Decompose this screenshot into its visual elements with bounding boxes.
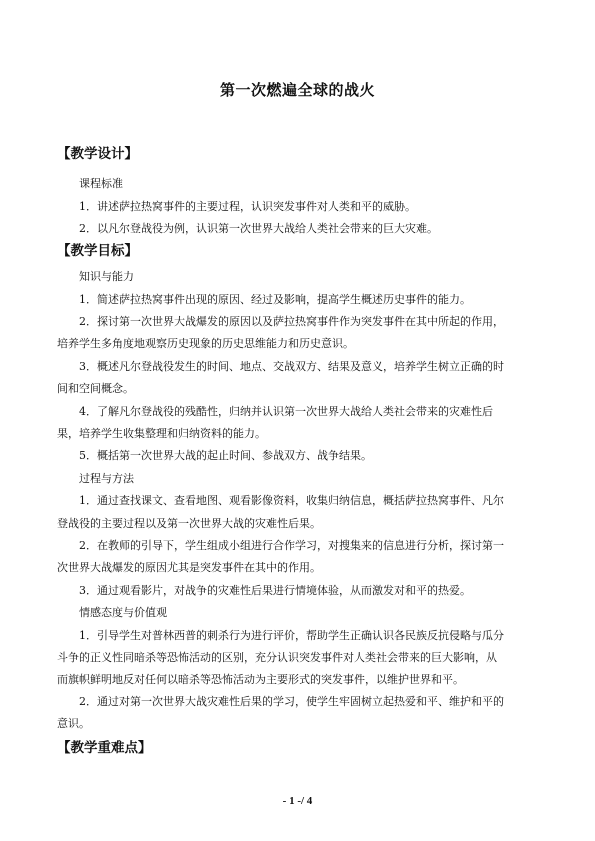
paragraph-line: 1．通过查找课文、查看地图、观看影像资料，收集归纳信息，概括萨拉热窝事件、凡尔	[79, 493, 539, 509]
paragraph-line: 1．讲述萨拉热窝事件的主要过程，认识突发事件对人类和平的威胁。	[79, 199, 539, 215]
section-heading-key-difficult-points: 【教学重难点】	[57, 739, 152, 757]
paragraph-line: 3．通过观看影片，对战争的灾难性后果进行情境体验，从而激发对和平的热爱。	[79, 583, 539, 599]
section-heading-teaching-design: 【教学设计】	[57, 145, 138, 163]
subsection-label-process-method: 过程与方法	[79, 471, 539, 487]
subsection-label-curriculum-standard: 课程标准	[79, 176, 539, 192]
paragraph-line: 2．通过对第一次世界大战灾难性后果的学习，使学生牢固树立起热爱和平、维护和平的	[79, 694, 539, 710]
paragraph-line: 次世界大战爆发的原因尤其是突发事件在其中的作用。	[57, 560, 517, 576]
paragraph-line: 3．概述凡尔登战役发生的时间、地点、交战双方、结果及意义，培养学生树立正确的时	[79, 359, 539, 375]
paragraph-line: 4．了解凡尔登战役的残酷性，归纳并认识第一次世界大战给人类社会带来的灾难性后	[79, 404, 539, 420]
subsection-label-emotion-values: 情感态度与价值观	[79, 605, 539, 621]
paragraph-line: 5．概括第一次世界大战的起止时间、参战双方、战争结果。	[79, 448, 539, 464]
paragraph-line: 斗争的正义性同暗杀等恐怖活动的区别，充分认识突发事件对人类社会带来的巨大影响，从	[57, 650, 517, 666]
paragraph-line: 1．简述萨拉热窝事件出现的原因、经过及影响，提高学生概述历史事件的能力。	[79, 292, 539, 308]
paragraph-line: 而旗帜鲜明地反对任何以暗杀等恐怖活动为主要形式的突发事件，以维护世界和平。	[57, 672, 517, 688]
paragraph-line: 培养学生多角度地观察历史现象的历史思维能力和历史意识。	[57, 336, 517, 352]
paragraph-line: 2．以凡尔登战役为例，认识第一次世界大战给人类社会带来的巨大灾难。	[79, 221, 539, 237]
paragraph-line: 1．引导学生对普林西普的刺杀行为进行评价，帮助学生正确认识各民族反抗侵略与瓜分	[79, 628, 539, 644]
paragraph-line: 2．探讨第一次世界大战爆发的原因以及萨拉热窝事件作为突发事件在其中所起的作用，	[79, 314, 539, 330]
paragraph-line: 间和空间概念。	[57, 381, 517, 397]
section-heading-teaching-goals: 【教学目标】	[57, 242, 138, 260]
paragraph-line: 登战役的主要过程以及第一次世界大战的灾难性后果。	[57, 516, 517, 532]
paragraph-line: 2．在教师的引导下，学生组成小组进行合作学习，对搜集来的信息进行分析，探讨第一	[79, 538, 539, 554]
document-title: 第一次燃遍全球的战火	[0, 79, 595, 100]
paragraph-line: 意识。	[57, 716, 517, 732]
document-page: 第一次燃遍全球的战火 【教学设计】 课程标准 1．讲述萨拉热窝事件的主要过程，认…	[0, 0, 595, 841]
subsection-label-knowledge-ability: 知识与能力	[79, 269, 539, 285]
paragraph-line: 果，培养学生收集整理和归纳资料的能力。	[57, 426, 517, 442]
page-number: - 1 -/ 4	[0, 795, 595, 807]
